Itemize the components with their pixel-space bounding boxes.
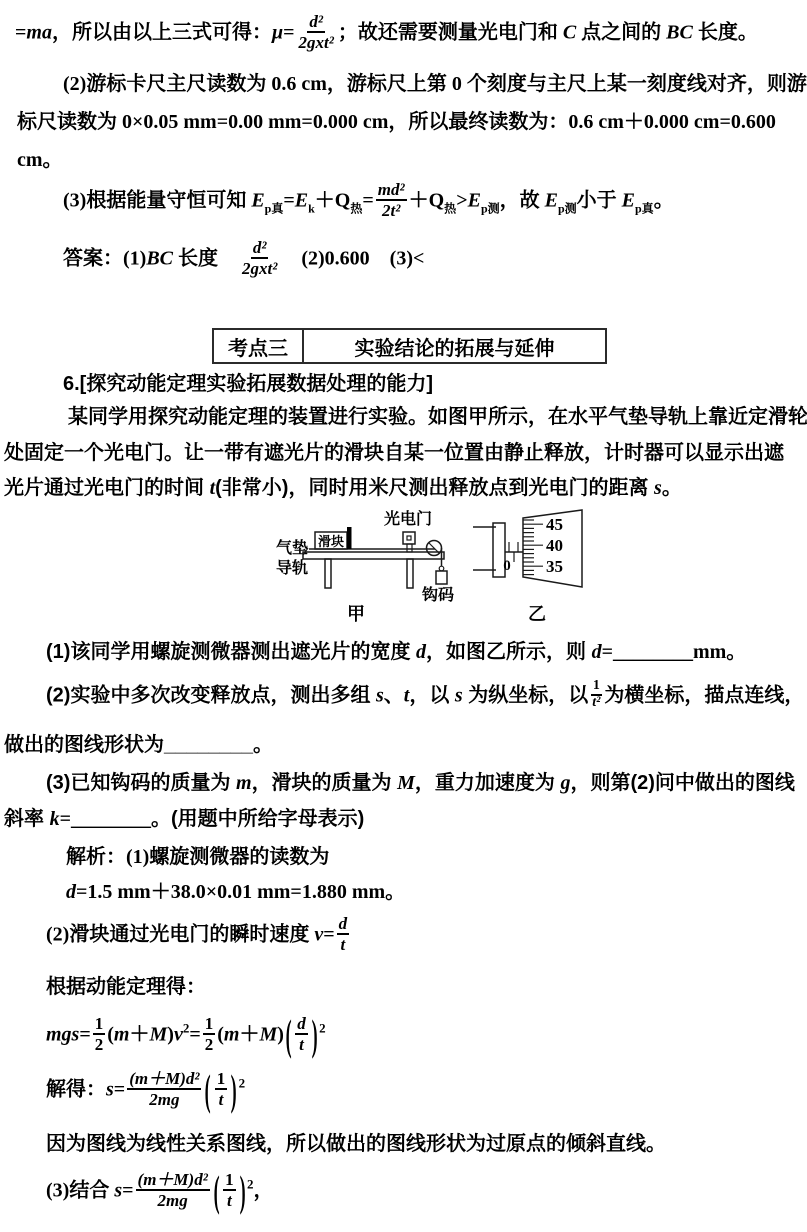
- text-run: 光片通过光电门的时间: [4, 477, 210, 499]
- text-run: ): [311, 1015, 317, 1058]
- text-run: (2)0.600 (3)<: [281, 248, 424, 270]
- text-run: g: [560, 772, 570, 794]
- text-run: ________: [613, 641, 693, 663]
- shutter-flag: [347, 527, 352, 549]
- question-3-line-1: (3)已知钩码的质量为 m，滑块的质量为 M，重力加速度为 g，则第(2)问中做…: [46, 771, 795, 795]
- fraction: 12: [203, 1014, 216, 1054]
- text-run: μ: [272, 22, 283, 44]
- thimble-tick-40: 40: [546, 536, 563, 555]
- solution-mgs-formula-line: mgs=12(m＋M)v2=12(m＋M)(dt)2: [46, 1016, 326, 1056]
- text-run: M: [149, 1024, 167, 1046]
- text-run: (2)滑块通过光电门的瞬时速度: [46, 924, 314, 946]
- text-run: 解析：: [66, 846, 126, 868]
- solution-combine-line: (3)结合 s=(m＋M)d²2mg(1t)2，: [46, 1172, 273, 1212]
- text-run: (3)已知钩码的质量为: [46, 772, 236, 794]
- fraction: md²2t²: [376, 180, 407, 220]
- text-run: ，所以由以上三式可得：: [52, 22, 272, 44]
- text-run: (2)实验中多次改变释放点，测出多组: [46, 684, 376, 706]
- solution-theorem-line: 根据动能定理得：: [46, 975, 206, 999]
- energy-formula-line: (3)根据能量守恒可知 Ep真=Ek＋Q热=md²2t²＋Q热>Ep测，故 Ep…: [63, 182, 674, 222]
- text-run: >: [456, 190, 467, 212]
- text-run: BC: [666, 22, 693, 44]
- weight-block: [436, 571, 447, 584]
- text-run: ，故: [500, 190, 545, 212]
- air-track-figure: 气垫 导轨 滑块 光电门 钩码 甲: [276, 509, 454, 624]
- solution-s-formula-line: 解得：s=(m＋M)d²2mg(1t)2: [46, 1071, 245, 1111]
- text-run: =1.5 mm＋38.0×0.01 mm=1.880 mm。: [76, 881, 405, 903]
- text-run: 为横坐标，描点连线，: [604, 684, 804, 706]
- text-run: (3)根据能量守恒可知: [63, 190, 251, 212]
- text-run: ，重力加速度为: [415, 772, 561, 794]
- topic-box: 考点三 实验结论的拓展与延伸: [212, 328, 607, 364]
- text-run: 热: [350, 202, 362, 216]
- fraction: d²2gxt²: [297, 12, 336, 52]
- slider-label: 滑块: [318, 534, 344, 549]
- text-run: =: [283, 22, 294, 44]
- fraction: d²2gxt²: [240, 238, 279, 278]
- text-run: 点之间的: [576, 22, 666, 44]
- text-run: (1)该同学用螺旋测微器测出遮光片的宽度: [46, 641, 416, 663]
- text-run: ): [231, 1070, 237, 1113]
- text-run: (: [217, 1024, 224, 1046]
- photogate-label: 光电门: [384, 509, 432, 528]
- solution-linear-line: 因为图线为线性关系图线，所以做出的图线形状为过原点的倾斜直线。: [46, 1132, 666, 1156]
- hook: [439, 566, 444, 571]
- caliper-line-2: 标尺读数为 0×0.05 mm=0.00 mm=0.000 cm，所以最终读数为…: [17, 110, 776, 134]
- fraction: 1t: [215, 1069, 228, 1109]
- text-run: 2: [239, 1076, 246, 1091]
- text-run: d: [66, 881, 76, 903]
- text-run: ，: [253, 1180, 273, 1202]
- figure-right-caption: 乙: [528, 604, 546, 624]
- text-run: (3)结合: [46, 1180, 114, 1202]
- text-run: p测: [481, 202, 500, 216]
- solution-d-reading-line: d=1.5 mm＋38.0×0.01 mm=1.880 mm。: [66, 880, 405, 904]
- thimble-tick-45: 45: [546, 515, 563, 534]
- text-run: 热: [444, 202, 456, 216]
- text-run: k: [308, 202, 315, 216]
- text-run: C: [563, 22, 576, 44]
- track-leg-left: [325, 559, 331, 588]
- fraction: (m＋M)d²2mg: [127, 1069, 201, 1109]
- text-run: s: [106, 1079, 114, 1101]
- question-2: (2)实验中多次改变释放点，测出多组 s、t，以 s 为纵坐标，以1t²为横坐标…: [46, 681, 804, 712]
- experiment-diagram: 气垫 导轨 滑块 光电门 钩码 甲: [230, 503, 610, 633]
- question-1: (1)该同学用螺旋测微器测出遮光片的宽度 d，如图乙所示，则 d=_______…: [46, 640, 746, 664]
- text-run: mm。: [693, 641, 746, 663]
- text-run: v: [314, 924, 323, 946]
- text-run: 答案：: [63, 248, 123, 270]
- text-run: ，如图乙所示，则: [426, 641, 592, 663]
- thimble-tick-35: 35: [546, 557, 563, 576]
- solution-velocity-line: (2)滑块通过光电门的瞬时速度 v=dt: [46, 916, 351, 956]
- question-3-line-2: 斜率 k=________。(用题中所给字母表示): [4, 807, 364, 831]
- text-run: m: [114, 1024, 130, 1046]
- text-run: 长度。: [693, 22, 758, 44]
- stem-line-3: 光片通过光电门的时间 t(非常小)，同时用米尺测出释放点到光电门的距离 s。: [4, 476, 682, 500]
- text-run: BC: [146, 248, 173, 270]
- text-run: =: [189, 1024, 200, 1046]
- text-run: E: [251, 190, 264, 212]
- text-run: ，则第(2)问中做出的图线: [570, 772, 794, 794]
- text-run: E: [468, 190, 481, 212]
- mu-formula-line: =ma，所以由以上三式可得：μ=d²2gxt²；故还需要测量光电门和 C 点之间…: [15, 14, 758, 54]
- text-run: (: [107, 1024, 114, 1046]
- text-run: p真: [265, 202, 284, 216]
- main-scale-zero: 0: [503, 558, 511, 574]
- fraction: 1t²: [590, 679, 602, 710]
- solution-intro-line: 解析：(1)螺旋测微器的读数为: [66, 845, 329, 869]
- document-page: =ma，所以由以上三式可得：μ=d²2gxt²；故还需要测量光电门和 C 点之间…: [0, 0, 807, 1232]
- text-run: E: [622, 190, 635, 212]
- text-run: m: [236, 772, 252, 794]
- topic-box-title: 实验结论的拓展与延伸: [304, 330, 605, 362]
- text-run: 。(用题中所给字母表示): [151, 808, 364, 830]
- fraction: 12: [93, 1014, 106, 1054]
- photogate-sensor: [403, 532, 415, 544]
- text-run: =: [15, 22, 26, 44]
- answer-line: 答案：(1)BC 长度 d²2gxt² (2)0.600 (3)<: [63, 240, 424, 280]
- text-run: d: [416, 641, 426, 663]
- text-run: ): [167, 1024, 174, 1046]
- track-body: [303, 552, 444, 559]
- text-run: s: [376, 684, 384, 706]
- text-run: =: [602, 641, 613, 663]
- photogate-post: [407, 544, 412, 552]
- text-run: =: [122, 1180, 133, 1202]
- text-run: s: [455, 684, 463, 706]
- text-run: ＋Q: [315, 190, 351, 212]
- problem-number-line: 6.[探究动能定理实验拓展数据处理的能力]: [63, 372, 433, 396]
- text-run: ma: [26, 22, 52, 44]
- text-run: ＋: [129, 1024, 149, 1046]
- text-run: =: [114, 1079, 125, 1101]
- text-run: v: [174, 1024, 183, 1046]
- text-run: E: [295, 190, 308, 212]
- photogate-sensor-window: [407, 536, 411, 540]
- question-2-wrap: 做出的图线形状为________。: [4, 733, 273, 757]
- fraction: 1t: [223, 1170, 236, 1210]
- air-track-label-2: 导轨: [276, 558, 308, 577]
- text-run: 。: [654, 190, 674, 212]
- text-run: ________: [71, 808, 151, 830]
- topic-box-label: 考点三: [214, 330, 304, 362]
- text-run: 解得：: [46, 1079, 106, 1101]
- text-run: d: [592, 641, 602, 663]
- text-run: 。: [662, 477, 682, 499]
- text-run: k: [50, 808, 60, 830]
- text-run: 斜率: [4, 808, 50, 830]
- track-leg-right: [407, 559, 413, 588]
- text-run: 、: [384, 684, 404, 706]
- text-run: =: [60, 808, 71, 830]
- text-run: s: [654, 477, 662, 499]
- text-run: (非常小)，同时用米尺测出释放点到光电门的距离: [215, 477, 654, 499]
- fraction: dt: [337, 914, 350, 954]
- fraction: dt: [295, 1014, 308, 1054]
- figure-left-caption: 甲: [347, 604, 365, 624]
- text-run: 为纵坐标，以: [463, 684, 589, 706]
- text-run: E: [545, 190, 558, 212]
- caliper-line-3: cm。: [17, 148, 63, 172]
- weight-label: 钩码: [422, 585, 454, 604]
- text-run: p真: [635, 202, 654, 216]
- text-run: M: [259, 1024, 277, 1046]
- text-run: ＋: [239, 1024, 259, 1046]
- text-run: (1)螺旋测微器的读数为: [126, 846, 329, 868]
- text-run: ；故还需要测量光电门和: [338, 22, 563, 44]
- text-run: (: [213, 1171, 219, 1214]
- text-run: p测: [558, 202, 577, 216]
- text-run: (: [286, 1015, 292, 1058]
- text-run: =: [283, 190, 294, 212]
- text-run: =: [323, 924, 334, 946]
- text-run: ): [277, 1024, 284, 1046]
- text-run: s: [114, 1180, 122, 1202]
- thimble-scale-ticks: [523, 520, 543, 575]
- text-run: (: [205, 1070, 211, 1113]
- text-run: ＋Q: [409, 190, 445, 212]
- text-run: mgs: [46, 1024, 79, 1046]
- text-run: 长度: [173, 248, 238, 270]
- text-run: =: [362, 190, 373, 212]
- text-run: ，以: [409, 684, 455, 706]
- text-run: (1): [123, 248, 146, 270]
- micrometer-figure: 0 45 40 35 乙: [473, 510, 582, 624]
- fraction: (m＋M)d²2mg: [136, 1170, 210, 1210]
- stem-line-1: 某同学用探究动能定理的装置进行实验。如图甲所示，在水平气垫导轨上靠近定滑轮: [68, 405, 807, 429]
- text-run: M: [397, 772, 415, 794]
- text-run: 小于: [577, 190, 622, 212]
- caliper-line-1: (2)游标卡尺主尺读数为 0.6 cm，游标尺上第 0 个刻度与主尺上某一刻度线…: [63, 72, 807, 96]
- text-run: m: [224, 1024, 240, 1046]
- stem-line-2: 处固定一个光电门。让一带有遮光片的滑块自某一位置由静止释放，计时器可以显示出遮: [4, 441, 784, 465]
- text-run: ): [239, 1171, 245, 1214]
- text-run: 2: [319, 1021, 326, 1036]
- text-run: ，滑块的质量为: [252, 772, 398, 794]
- text-run: =: [79, 1024, 90, 1046]
